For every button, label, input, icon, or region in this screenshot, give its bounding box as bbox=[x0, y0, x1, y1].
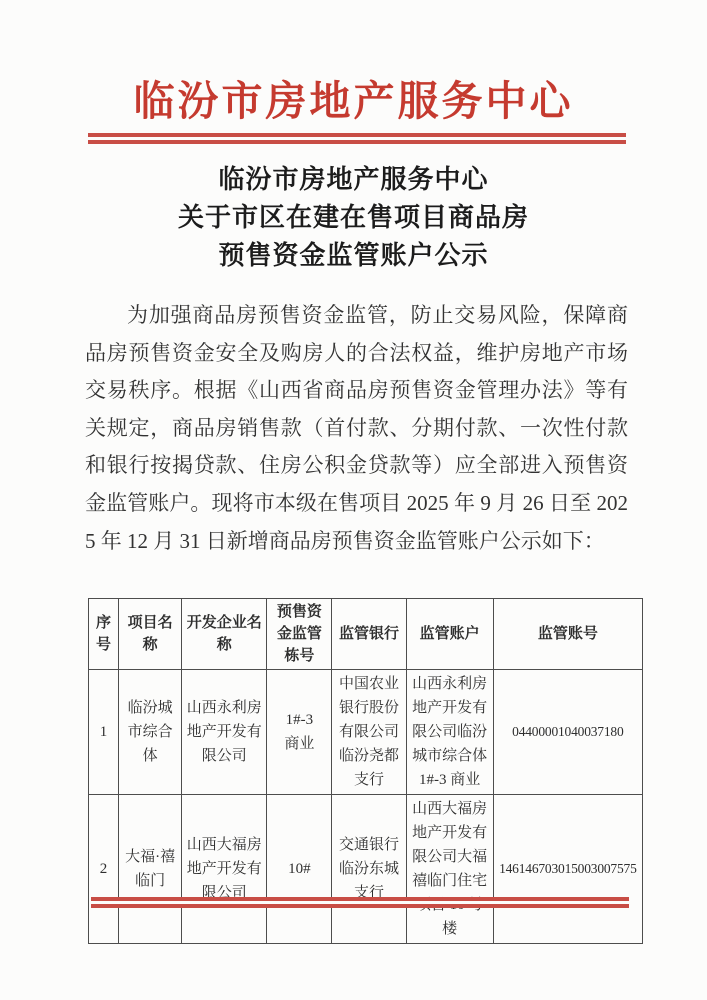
notice-title: 临汾市房地产服务中心 关于市区在建在售项目商品房 预售资金监管账户公示 bbox=[0, 161, 707, 275]
cell-seq: 1 bbox=[89, 670, 119, 795]
cell-supervised-building: 1#-3 商业 bbox=[267, 670, 332, 795]
notice-title-line-1: 临汾市房地产服务中心 bbox=[0, 161, 707, 199]
cell-supervised-building: 10# bbox=[267, 795, 332, 944]
column-header-developer-name: 开发企业名称 bbox=[182, 599, 267, 670]
cell-account-name: 山西大福房地产开发有限公司大福禧临门住宅项目 10 号楼 bbox=[406, 795, 493, 944]
cell-account-number: 146146703015003007575 bbox=[493, 795, 642, 944]
document-page: 临汾市房地产服务中心 临汾市房地产服务中心 关于市区在建在售项目商品房 预售资金… bbox=[0, 0, 707, 1000]
table-header-row: 序号 项目名称 开发企业名称 预售资金监管栋号 监管银行 监管账户 监管账号 bbox=[89, 599, 643, 670]
red-divider-bottom bbox=[91, 897, 629, 908]
cell-seq: 2 bbox=[89, 795, 119, 944]
supervision-accounts-table: 序号 项目名称 开发企业名称 预售资金监管栋号 监管银行 监管账户 监管账号 1… bbox=[88, 598, 643, 944]
column-header-project-name: 项目名称 bbox=[119, 599, 182, 670]
column-header-supervised-building: 预售资金监管栋号 bbox=[267, 599, 332, 670]
red-divider-top bbox=[88, 133, 626, 144]
cell-project-name: 大福·禧临门 bbox=[119, 795, 182, 944]
cell-supervising-bank: 中国农业银行股份有限公司临汾尧都支行 bbox=[332, 670, 406, 795]
column-header-seq: 序号 bbox=[89, 599, 119, 670]
letterhead-title: 临汾市房地产服务中心 bbox=[0, 68, 707, 127]
cell-developer-name: 山西永利房地产开发有限公司 bbox=[182, 670, 267, 795]
cell-account-number: 04400001040037180 bbox=[493, 670, 642, 795]
column-header-account-name: 监管账户 bbox=[406, 599, 493, 670]
body-paragraph: 为加强商品房预售资金监管，防止交易风险，保障商品房预售资金安全及购房人的合法权益… bbox=[85, 297, 628, 560]
table-row: 2 大福·禧临门 山西大福房地产开发有限公司 10# 交通银行临汾东城支行 山西… bbox=[89, 795, 643, 944]
column-header-supervising-bank: 监管银行 bbox=[332, 599, 406, 670]
cell-supervising-bank: 交通银行临汾东城支行 bbox=[332, 795, 406, 944]
cell-project-name: 临汾城市综合体 bbox=[119, 670, 182, 795]
table-row: 1 临汾城市综合体 山西永利房地产开发有限公司 1#-3 商业 中国农业银行股份… bbox=[89, 670, 643, 795]
cell-developer-name: 山西大福房地产开发有限公司 bbox=[182, 795, 267, 944]
notice-title-line-3: 预售资金监管账户公示 bbox=[0, 237, 707, 275]
column-header-account-number: 监管账号 bbox=[493, 599, 642, 670]
notice-title-line-2: 关于市区在建在售项目商品房 bbox=[0, 199, 707, 237]
cell-account-name: 山西永利房地产开发有限公司临汾城市综合体1#-3 商业 bbox=[406, 670, 493, 795]
